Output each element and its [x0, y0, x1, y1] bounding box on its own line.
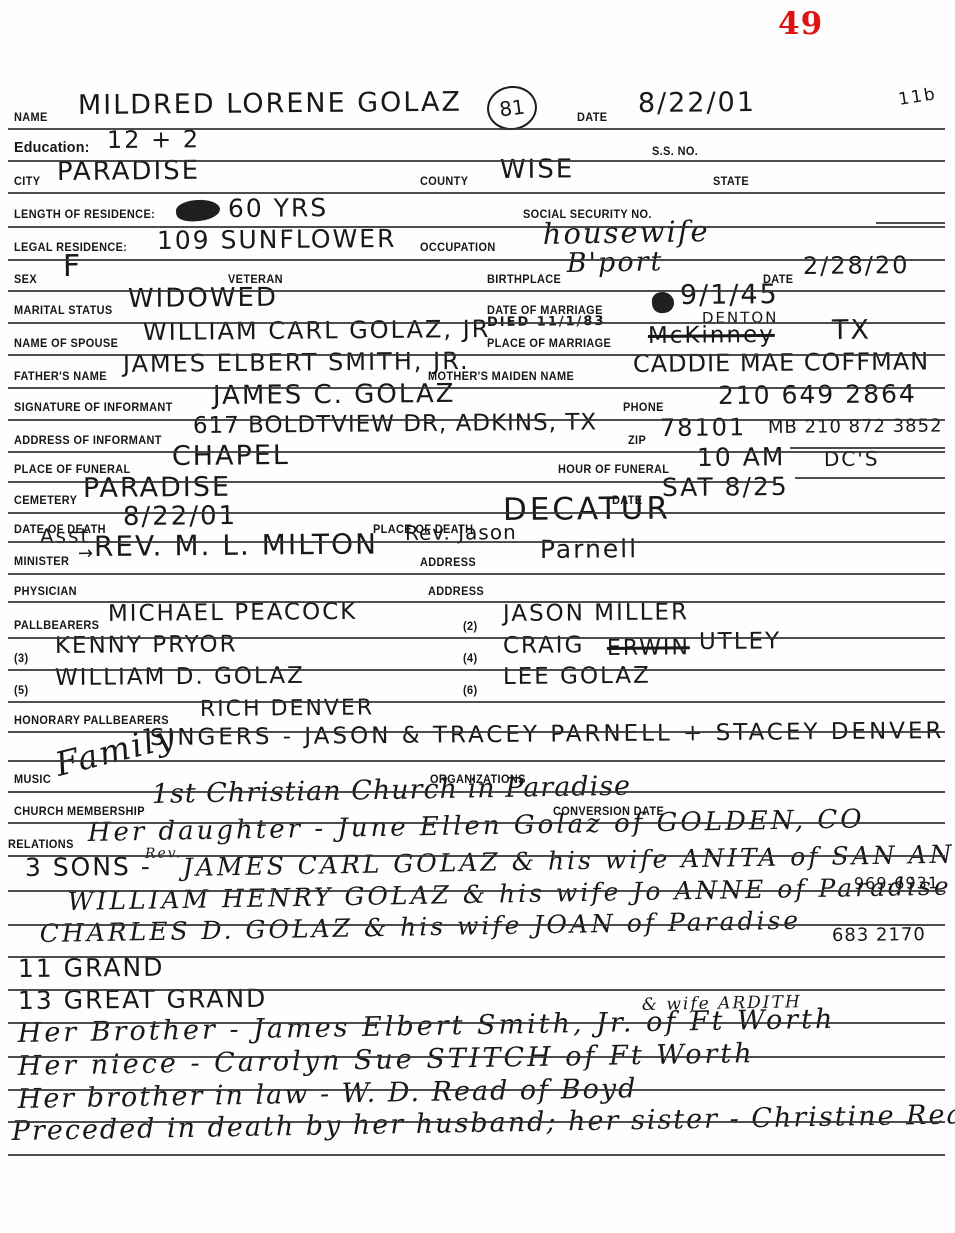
name-of-spouse-label: NAME OF SPOUSE [14, 338, 118, 350]
rule-line [790, 447, 945, 449]
cemetery-label: CEMETERY [14, 495, 77, 507]
page-number: 49 [778, 6, 823, 42]
place-of-death-value: DECATUR [503, 494, 671, 526]
minister-arrow: → [78, 545, 95, 563]
scribble-mark-small [651, 291, 675, 314]
length-of-residence-label: LENGTH OF RESIDENCE: [14, 209, 155, 221]
pallbearer-4-struck: ERWIN [607, 637, 690, 660]
corner-note: 11b [897, 86, 938, 109]
occupation-value: housewife [542, 217, 709, 249]
pallbearer-4-last: UTLEY [699, 630, 781, 654]
birthplace-label: BIRTHPLACE [487, 274, 561, 286]
singers-line: SINGERS - JASON & TRACEY PARNELL + STACE… [150, 720, 945, 750]
minister-address-label: ADDRESS [420, 557, 476, 569]
rule-line [8, 322, 945, 324]
rule-line [795, 477, 945, 479]
circled-age: 81 [485, 83, 540, 133]
scribble-mark [175, 198, 221, 223]
rule-line [8, 956, 945, 958]
music-value: Family [52, 719, 180, 781]
legal-residence-value: 109 SUNFLOWER [157, 226, 397, 253]
education-value: 12 + 2 [107, 127, 200, 152]
education-label: Education: [14, 139, 90, 156]
city-label: CITY [14, 176, 40, 188]
place-of-marriage-label: PLACE OF MARRIAGE [487, 338, 611, 350]
music-label: MUSIC [14, 774, 51, 786]
rule-line [8, 760, 945, 762]
rule-line [8, 924, 945, 926]
marital-status-label: MARITAL STATUS [14, 305, 113, 317]
rule-line [8, 855, 945, 857]
pallbearer-2: JASON MILLER [503, 601, 689, 626]
rule-line [8, 669, 945, 671]
grandchildren-line: 11 GRAND [18, 955, 165, 981]
rule-line [8, 290, 945, 292]
sex-label: SEX [14, 274, 37, 286]
address-of-informant-label: ADDRESS OF INFORMANT [14, 435, 162, 447]
rule-line [8, 1056, 945, 1058]
rule-line [8, 419, 945, 421]
minister-value: REV. M. L. MILTON [94, 531, 378, 561]
rule-line [8, 1022, 945, 1024]
name-value: MILDRED LORENE GOLAZ [78, 89, 462, 119]
rule-line [8, 1154, 945, 1156]
rule-line [8, 601, 945, 603]
rule-line [8, 701, 945, 703]
rule-line [8, 160, 945, 162]
pallbearers-label: PALLBEARERS [14, 620, 99, 632]
rule-line [8, 259, 945, 261]
birthplace-value: B'port [567, 248, 664, 277]
pallbearer-2-number: (2) [463, 621, 478, 633]
physician-label: PHYSICIAN [14, 586, 77, 598]
rule-line [8, 989, 945, 991]
rule-line [8, 192, 945, 194]
relations-label: RELATIONS [8, 839, 74, 851]
pallbearer-4-number: (4) [463, 653, 478, 665]
relations-daughter-line: Her daughter - June Ellen Golaz of GOLDE… [88, 806, 865, 846]
rule-line [8, 822, 945, 824]
phone-value: 210 649 2864 [718, 381, 917, 408]
place-of-marriage-state: TX [832, 317, 871, 344]
physician-address-label: ADDRESS [428, 586, 484, 598]
rule-line [8, 1121, 945, 1123]
phone-label: PHONE [623, 402, 664, 414]
zip-label: ZIP [628, 435, 646, 447]
rule-line [8, 512, 945, 514]
funeral-record-sheet: 49 11b NAME MILDRED LORENE GOLAZ 81 DATE… [0, 0, 955, 1233]
fathers-name-label: FATHER'S NAME [14, 371, 107, 383]
hour-of-funeral-value: 10 AM [697, 444, 786, 470]
funeral-date-value: SAT 8/25 [662, 474, 789, 500]
rule-line [8, 1089, 945, 1091]
name-label: NAME [14, 112, 48, 124]
rule-line [8, 128, 945, 130]
rule-line [8, 354, 945, 356]
ss-no-label: S.S. NO. [652, 146, 698, 158]
date-of-death-value: 8/22/01 [123, 503, 237, 530]
address-of-informant-value: 617 BOLDTVIEW DR, ADKINS, TX [193, 411, 597, 438]
rule-line [8, 731, 945, 733]
rule-line [8, 573, 945, 575]
place-of-funeral-value: CHAPEL [172, 442, 290, 470]
sons-intro: 3 SONS - [25, 854, 152, 880]
birthdate-value: 2/28/20 [803, 253, 910, 278]
signature-of-informant-value: JAMES C. GOLAZ [213, 381, 456, 409]
cemetery-value: PARADISE [83, 474, 231, 502]
occupation-label: OCCUPATION [420, 242, 496, 254]
place-of-marriage-struck: McKinney [648, 324, 775, 348]
rule-line [8, 637, 945, 639]
pallbearer-1: MICHAEL PEACOCK [108, 601, 358, 626]
marital-status-value: WIDOWED [128, 285, 278, 312]
rule-line [8, 791, 945, 793]
church-membership-label: CHURCH MEMBERSHIP [14, 806, 145, 818]
date-label: DATE [577, 112, 607, 124]
state-label: STATE [713, 176, 749, 188]
rule-line [8, 451, 945, 453]
length-of-residence-value: 60 YRS [228, 195, 328, 221]
sons-rev-note: Rev. [145, 846, 183, 861]
rule-line [8, 387, 945, 389]
pallbearer-3-number: (3) [14, 653, 29, 665]
rule-line [8, 226, 945, 228]
pallbearer-5-number: (5) [14, 685, 29, 697]
sex-value: F [63, 252, 83, 282]
rule-line [876, 222, 945, 224]
signature-of-informant-label: SIGNATURE OF INFORMANT [14, 402, 173, 414]
rule-line [8, 890, 945, 892]
date-of-marriage-value: 9/1/45 [680, 281, 779, 309]
date-value: 8/22/01 [638, 89, 756, 117]
hour-of-funeral-label: HOUR OF FUNERAL [558, 464, 669, 476]
son-3-phone: 683 2170 [832, 926, 926, 945]
pallbearer-6-number: (6) [463, 685, 478, 697]
rule-line [8, 481, 775, 483]
minister-label: MINISTER [14, 556, 69, 568]
county-label: COUNTY [420, 176, 468, 188]
rule-line [8, 541, 945, 543]
minister-address-note: Rev. Jason [405, 522, 517, 543]
